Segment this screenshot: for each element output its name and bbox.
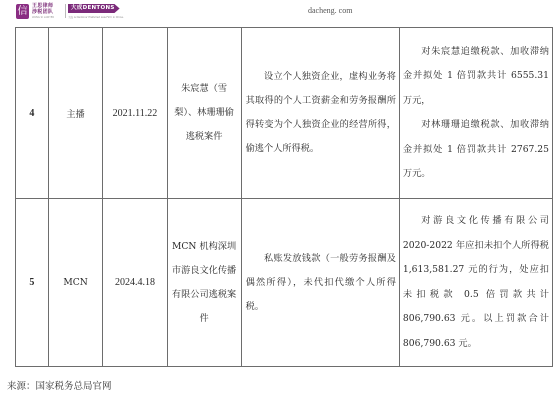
penalty-paragraph: 对林珊珊追缴税款、加收滞纳金并拟处 1 倍罚款共计 2767.25 万元。	[403, 113, 549, 187]
logo-divider	[65, 4, 66, 18]
case-number: 4	[16, 28, 49, 199]
case-type: MCN	[48, 199, 103, 367]
description-text: 私账发放钱款（一般劳务报酬及偶然所得），未代扣代缴个人所得税。	[246, 247, 396, 319]
case-date: 2021.11.22	[103, 28, 167, 199]
site-watermark: dacheng. com	[308, 6, 352, 15]
case-penalty: 对朱宸慧追缴税款、加收滞纳金并拟处 1 倍罚款共计 6555.31 万元， 对林…	[399, 28, 552, 199]
table-row: 4 主播 2021.11.22 朱宸慧（雪梨）、林珊珊偷逃税案件 设立个人独资企…	[16, 28, 553, 199]
firm-team-english: WANG SI LAWYER	[32, 15, 62, 21]
source-note: 来源：国家税务总局官网	[7, 378, 112, 392]
firm-team-name: 王思律师 涉税团队 WANG SI LAWYER	[32, 3, 62, 21]
penalty-paragraph: 对朱宸慧追缴税款、加收滞纳金并拟处 1 倍罚款共计 6555.31 万元，	[403, 40, 549, 114]
tax-cases-table: 4 主播 2021.11.22 朱宸慧（雪梨）、林珊珊偷逃税案件 设立个人独资企…	[15, 27, 553, 367]
penalty-paragraph: 对游良文化传播有限公司 2020-2022 年应扣未扣个人所得税 1,613,5…	[403, 209, 549, 356]
case-name: MCN 机构深圳市游良文化传播有限公司逃税案件	[167, 199, 241, 367]
case-penalty: 对游良文化传播有限公司 2020-2022 年应扣未扣个人所得税 1,613,5…	[399, 199, 552, 367]
table-row: 5 MCN 2024.4.18 MCN 机构深圳市游良文化传播有限公司逃税案件 …	[16, 199, 553, 367]
firm-logo-icon: 信	[16, 4, 29, 19]
case-type: 主播	[48, 28, 103, 199]
case-description: 私账发放钱款（一般劳务报酬及偶然所得），未代扣代缴个人所得税。	[241, 199, 399, 367]
page-header: 信 王思律师 涉税团队 WANG SI LAWYER 大成DENTONS 大成 …	[0, 0, 553, 26]
dentons-brand-badge: 大成DENTONS	[68, 4, 120, 13]
case-name: 朱宸慧（雪梨）、林珊珊偷逃税案件	[167, 28, 241, 199]
brand-tagline: 大成 is Dentons' Preferred Law Firm in Chi…	[68, 15, 124, 19]
case-date: 2024.4.18	[103, 199, 167, 367]
case-number: 5	[16, 199, 49, 367]
description-text: 设立个人独资企业，虚构业务将其取得的个人工资薪金和劳务报酬所得转变为个人独资企业…	[246, 65, 396, 161]
case-description: 设立个人独资企业，虚构业务将其取得的个人工资薪金和劳务报酬所得转变为个人独资企业…	[241, 28, 399, 199]
